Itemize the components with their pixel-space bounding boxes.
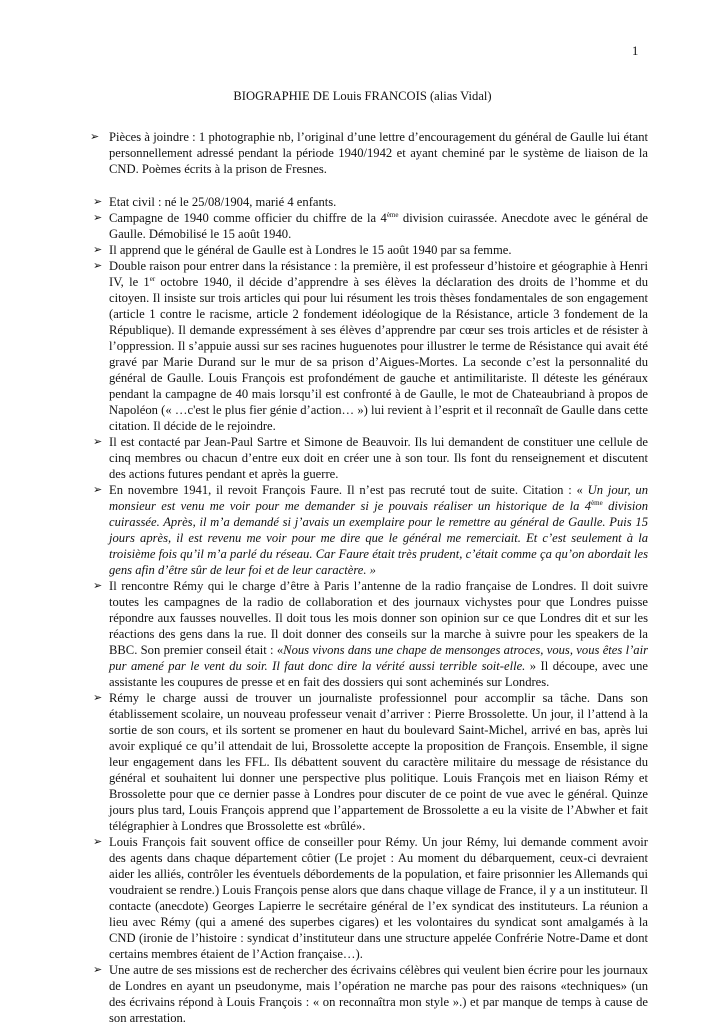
item-text: Pièces à joindre : 1 photographie nb, l’… — [109, 130, 648, 176]
arrow-bullet-icon: ➢ — [90, 129, 104, 145]
item-text: Rémy le charge aussi de trouver un journ… — [109, 691, 648, 833]
list-item-civil-status: ➢ Etat civil : né le 25/08/1904, marié 4… — [90, 194, 648, 210]
arrow-bullet-icon: ➢ — [93, 482, 107, 498]
item-text: Il est contacté par Jean-Paul Sartre et … — [109, 435, 648, 481]
list-item-attachments: ➢ Pièces à joindre : 1 photographie nb, … — [90, 129, 648, 177]
arrow-bullet-icon: ➢ — [93, 578, 107, 594]
list-item-campaign-1940: ➢ Campagne de 1940 comme officier du chi… — [90, 210, 648, 242]
list-item-remy-radio: ➢ Il rencontre Rémy qui le charge d’être… — [90, 578, 648, 690]
list-item-writers-mission: ➢ Une autre de ses missions est de reche… — [90, 962, 648, 1024]
item-text: Louis François fait souvent office de co… — [109, 835, 648, 961]
item-text: Une autre de ses missions est de recherc… — [109, 963, 648, 1024]
list-item-teachers-network: ➢ Louis François fait souvent office de … — [90, 834, 648, 962]
list-item-sartre-contact: ➢ Il est contacté par Jean-Paul Sartre e… — [90, 434, 648, 482]
page-number: 1 — [632, 44, 638, 59]
list-item-london-news: ➢ Il apprend que le général de Gaulle es… — [90, 242, 648, 258]
item-text: Campagne de 1940 comme officier du chiff… — [109, 211, 387, 225]
biography-list: ➢ Pièces à joindre : 1 photographie nb, … — [90, 129, 648, 1024]
item-text: Etat civil : né le 25/08/1904, marié 4 e… — [109, 195, 336, 209]
arrow-bullet-icon: ➢ — [93, 210, 107, 226]
arrow-bullet-icon: ➢ — [93, 962, 107, 978]
list-item-double-reason: ➢ Double raison pour entrer dans la rési… — [90, 258, 648, 434]
list-item-brossolette: ➢ Rémy le charge aussi de trouver un jou… — [90, 690, 648, 834]
arrow-bullet-icon: ➢ — [93, 258, 107, 274]
arrow-bullet-icon: ➢ — [93, 242, 107, 258]
ordinal-suffix: ème — [387, 211, 399, 219]
item-text: Il apprend que le général de Gaulle est … — [109, 243, 512, 257]
arrow-bullet-icon: ➢ — [93, 690, 107, 706]
arrow-bullet-icon: ➢ — [93, 194, 107, 210]
item-text: octobre 1940, il décide d’apprendre à se… — [109, 275, 648, 433]
document-title: BIOGRAPHIE DE Louis FRANCOIS (alias Vida… — [0, 89, 725, 104]
ordinal-suffix: ème — [591, 499, 603, 507]
arrow-bullet-icon: ➢ — [93, 434, 107, 450]
item-text: En novembre 1941, il revoit François Fau… — [109, 483, 588, 497]
list-item-faure-meeting: ➢ En novembre 1941, il revoit François F… — [90, 482, 648, 578]
arrow-bullet-icon: ➢ — [93, 834, 107, 850]
